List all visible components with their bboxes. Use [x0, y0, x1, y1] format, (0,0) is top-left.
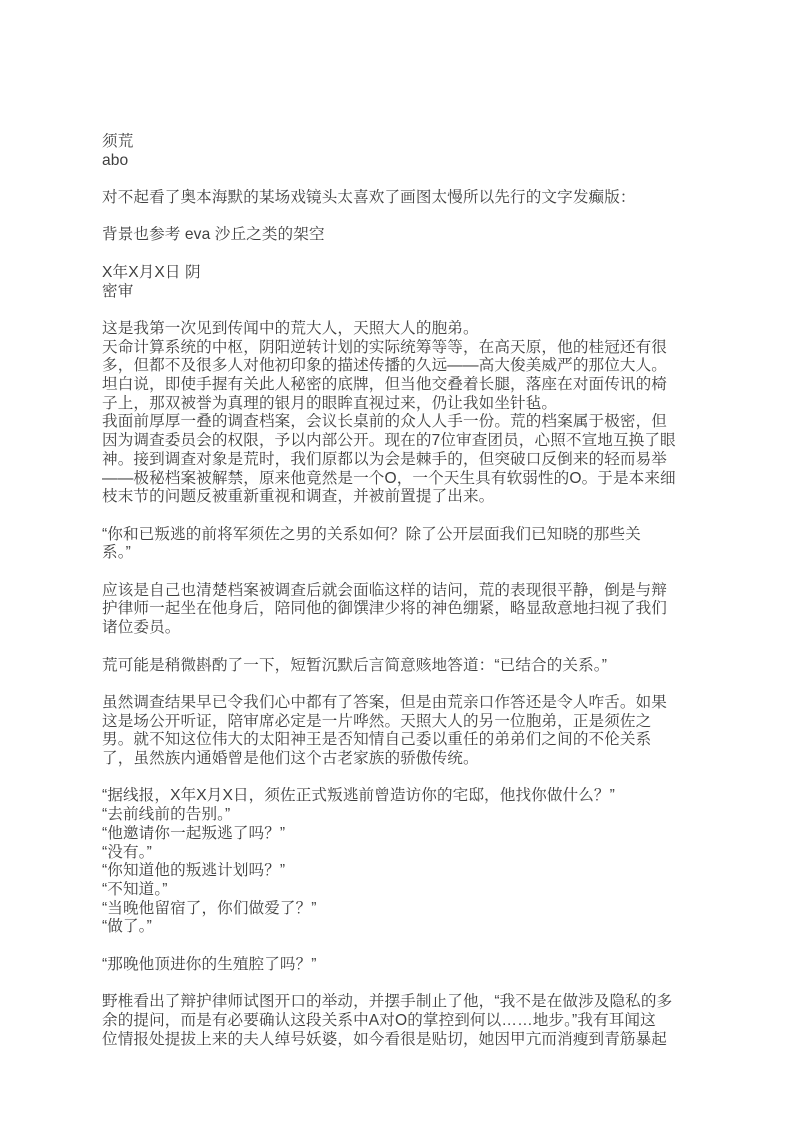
paragraph-8: 虽然调查结果早已令我们心中都有了答案，但是由荒亲口作答还是令人咋舌。如果 这是场… — [102, 694, 720, 769]
paragraph-6: 应该是自己也清楚档案被调查后就会面临这样的诘问，荒的表现很平静，倒是与辩 护律师… — [102, 582, 720, 638]
paragraph-10: “那晚他顶进你的生殖腔了吗？” — [102, 956, 720, 975]
paragraph-4: 这是我第一次见到传闻中的荒大人，天照大人的胞弟。 天命计算系统的中枢，阴阳逆转计… — [102, 320, 720, 507]
paragraph-9: “据线报，X年X月X日，须佐正式叛逃前曾造访你的宅邸，他找你做什么？” “去前线… — [102, 787, 720, 937]
paragraph-5: “你和已叛逃的前将军须佐之男的关系如何？除了公开层面我们已知晓的那些关 系。” — [102, 526, 720, 563]
paragraph-3: X年X月X日 阴 密审 — [102, 264, 720, 301]
paragraph-7: 荒可能是稍微斟酌了一下，短暂沉默后言简意赅地答道：“已结合的关系。” — [102, 657, 720, 676]
document-page: 须荒 abo对不起看了奥本海默的某场戏镜头太喜欢了画图太慢所以先行的文字发癫版：… — [0, 0, 800, 1132]
paragraph-0: 须荒 abo — [102, 133, 720, 170]
paragraph-1: 对不起看了奥本海默的某场戏镜头太喜欢了画图太慢所以先行的文字发癫版： — [102, 189, 720, 208]
document-body: 须荒 abo对不起看了奥本海默的某场戏镜头太喜欢了画图太慢所以先行的文字发癫版：… — [0, 0, 800, 1049]
paragraph-11: 野椎看出了辩护律师试图开口的举动，并摆手制止了他，“我不是在做涉及隐私的多 余的… — [102, 993, 720, 1049]
paragraph-2: 背景也参考 eva 沙丘之类的架空 — [102, 226, 720, 245]
